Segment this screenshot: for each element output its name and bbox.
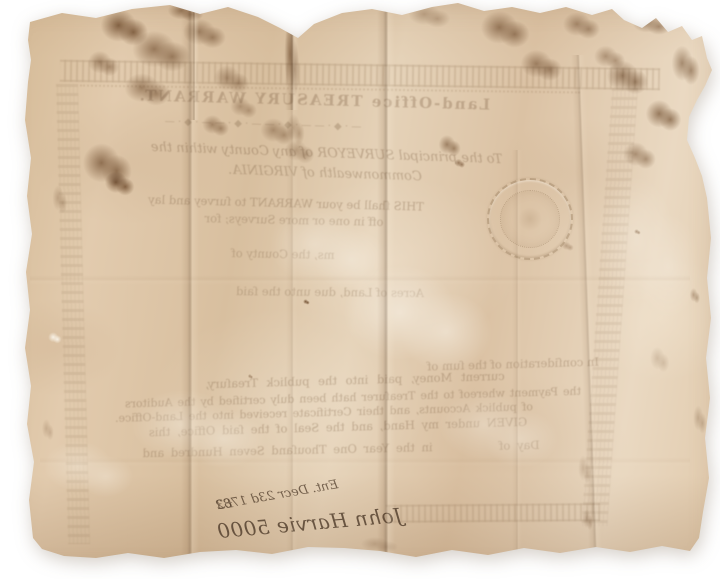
horizontal-fold-crease <box>40 457 690 467</box>
warrant-line-2: off in one or more Surveys; for <box>168 211 420 229</box>
stain-blotch <box>667 38 705 94</box>
right-form-border-strip <box>581 88 638 526</box>
stain-blotch <box>626 8 678 40</box>
stain-blotch <box>176 13 234 55</box>
header-rule <box>80 85 580 94</box>
photo-canvas: Land-Office TREASURY WARRANT.— · ◆ · — —… <box>0 0 720 579</box>
given-line: GIVEN under my Hand, and the Seal of the… <box>74 414 602 441</box>
stain-blotch <box>208 60 256 100</box>
stain-blotch <box>198 111 234 141</box>
fee-notation: £3 <box>202 497 234 515</box>
stain-blotch <box>162 0 210 26</box>
vertical-fold-crease <box>189 0 199 120</box>
virginia-line: Commonwealth of VIRGINIA. <box>150 161 500 188</box>
stain-blotch <box>355 534 405 556</box>
stain-blotch <box>691 400 709 440</box>
vertical-fold-crease <box>377 0 395 579</box>
paper-shadow-wrap: Land-Office TREASURY WARRANT.— · ◆ · — —… <box>0 0 720 579</box>
handwriting-layer: Ent. Decr 23d 1782 £3 John Harvie 5000 <box>0 0 720 579</box>
stain-blotch <box>514 44 570 88</box>
light-patch <box>250 190 410 310</box>
stain-blotch <box>402 0 458 33</box>
stain-blotch <box>647 342 673 378</box>
document-paper: Land-Office TREASURY WARRANT.— · ◆ · — —… <box>0 0 720 579</box>
light-patch <box>580 150 720 350</box>
light-patch <box>110 375 290 485</box>
stain-blotch <box>576 450 594 490</box>
stain-blotch <box>255 113 301 151</box>
docket-date-line: Ent. Decr 23d 1782 <box>209 478 339 513</box>
stain-blotch <box>75 135 141 197</box>
header-ornament-band <box>60 60 660 90</box>
stain-blotch <box>435 131 465 161</box>
bleedthrough-layer: Land-Office TREASURY WARRANT.— · ◆ · — —… <box>0 0 720 579</box>
stain-blotch <box>688 285 702 307</box>
horizontal-fold-crease <box>30 275 690 285</box>
ornament-divider: — · ◆ · — — · ◆ · — — · ◆ · — — · ◆ · — <box>94 114 432 134</box>
paper-edge-vignette <box>0 0 720 579</box>
stain-blotch <box>40 415 56 445</box>
stain-blotch <box>247 373 254 380</box>
surveyor-line: To the principal SURVEYOR of any County … <box>68 138 585 170</box>
stain-blotch <box>581 505 595 535</box>
stain-blotch <box>284 108 308 152</box>
light-patch <box>420 375 580 485</box>
title-line: Land-Office TREASURY WARRANT. <box>140 87 490 113</box>
payment-line: the Payment whereof to the Treaſurer hat… <box>64 384 642 412</box>
vertical-fold-crease <box>181 0 199 579</box>
stain-blotch <box>226 93 262 123</box>
year-line: Day of in the Year One Thouſand Seven Hu… <box>62 437 620 461</box>
light-patch <box>320 245 520 395</box>
stain-blotch <box>453 157 467 170</box>
stain-blotch <box>117 67 179 113</box>
stain-blotch <box>600 54 656 102</box>
stain-blotch <box>302 298 311 306</box>
money-line: current Money, paid into the publick Tre… <box>70 366 640 395</box>
stain-blotch <box>280 135 320 169</box>
accounts-line: of publick Accounts, and their Certifica… <box>68 400 580 426</box>
vertical-fold-crease <box>286 0 298 579</box>
stain-blotch <box>633 228 642 236</box>
light-patch <box>30 430 150 510</box>
stain-blotch <box>473 4 539 56</box>
register-signature-docket: John Harvie 5000 <box>187 505 403 544</box>
light-patch <box>46 330 64 346</box>
stain-blotch <box>83 46 125 82</box>
vertical-fold-crease <box>285 0 299 110</box>
consideration-line: In conſideration of the ſum of <box>384 354 642 374</box>
bottom-ornament-band <box>386 503 600 523</box>
stain-blotch <box>50 180 70 220</box>
stain-blotch <box>93 2 157 54</box>
vertical-fold-crease <box>571 55 603 579</box>
embossed-seal <box>487 178 573 260</box>
warrant-line-1: THIS ſhall be your WARRANT to ſurvey and… <box>85 192 487 215</box>
acres-line: Acres of Land, due unto the ſaid <box>180 284 480 300</box>
stain-blotch <box>282 5 302 115</box>
stain-blotch <box>685 110 711 158</box>
left-form-border-strip <box>56 84 90 544</box>
county-line: ms, the County of <box>158 246 408 263</box>
stain-blotch <box>640 94 688 138</box>
embossed-seal-center <box>514 203 547 234</box>
stain-blotch <box>557 7 607 45</box>
stain-blotch <box>589 41 631 75</box>
stain-blotch <box>100 167 140 201</box>
stain-blotch <box>618 137 662 175</box>
stain-blotch <box>123 23 201 81</box>
